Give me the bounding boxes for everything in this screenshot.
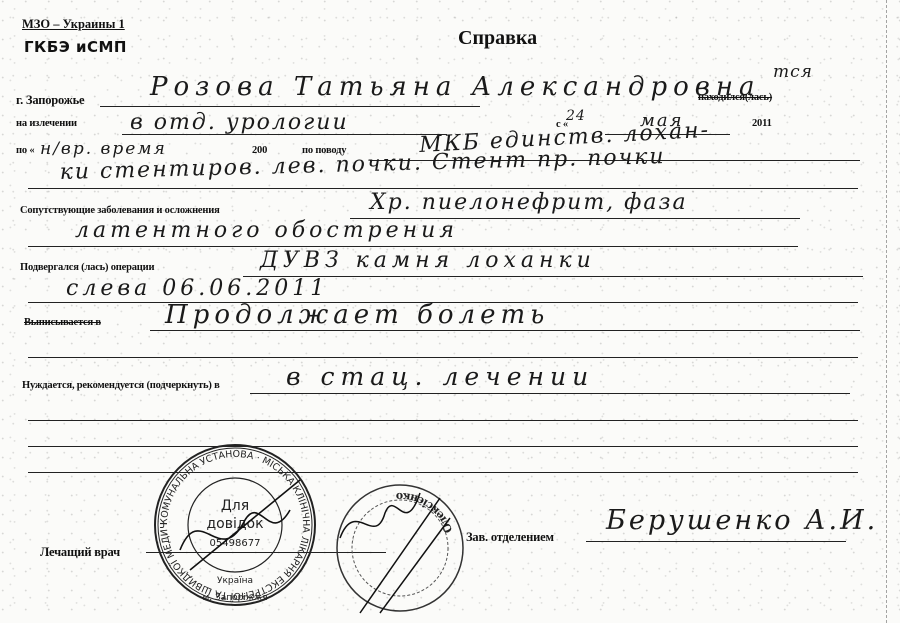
recommend-value: в стац. лечении xyxy=(286,362,594,391)
surgery-label: Подвергался (лась) операции xyxy=(20,262,154,273)
doctor-seal: Олексієнко xyxy=(330,478,470,618)
stay-correction: тся xyxy=(773,62,813,82)
to-prefix: по « xyxy=(16,145,34,156)
stay-label: находился(лась) xyxy=(698,92,772,103)
recommend-rule xyxy=(250,393,850,394)
doctor-label: Лечащий врач xyxy=(40,545,120,560)
seal-bottom-line2: м. Запоріжжя xyxy=(202,593,267,603)
surgery-line-1: ДУВЗ камня лоханки xyxy=(260,248,596,273)
comorbid-rule-2 xyxy=(28,246,798,247)
seal-bottom-line1: Україна xyxy=(217,576,253,586)
seal-center-line1: Для xyxy=(221,498,249,514)
head-label: Зав. отделением xyxy=(466,530,554,545)
blank-rule-1 xyxy=(28,357,858,358)
head-signature: Берушенко А.И. xyxy=(606,505,878,536)
comorbid-line-2: латентного обострения xyxy=(75,218,458,243)
institution-code: ГКБЭ иСМП xyxy=(24,38,127,56)
head-signature-rule xyxy=(586,541,846,542)
comorbid-line-1: Хр. пиелонефрит, фаза xyxy=(370,190,688,215)
ministry-header: МЗО – Украины 1 xyxy=(22,17,125,32)
discharge-value: Продолжает болеть xyxy=(165,300,549,330)
treatment-label: на излечении xyxy=(16,118,77,129)
patient-name: Розова Татьяна Александровна xyxy=(150,72,761,102)
document-title: Справка xyxy=(458,27,537,50)
page-edge xyxy=(886,0,888,623)
to-value: н/вр. время xyxy=(40,139,167,159)
institution-seal: КОМУНАЛЬНА УСТАНОВА · МІСЬКА КЛІНІЧНА ЛІ… xyxy=(150,440,320,610)
discharge-rule xyxy=(150,330,860,331)
from-day: 24 xyxy=(566,108,586,124)
recommend-label: Нуждается, рекомендуется (подчеркнуть) в xyxy=(22,380,220,391)
surgery-rule-1 xyxy=(243,276,863,277)
city-label: г. Запорожье xyxy=(16,93,84,108)
from-year: 2011 xyxy=(752,118,772,129)
reason-rule-2 xyxy=(28,188,858,189)
blank-rule-2 xyxy=(28,420,858,421)
department: в отд. урологии xyxy=(130,110,349,135)
discharge-label: Выписывается в xyxy=(24,317,101,328)
comorbid-label: Сопутствующие заболевания и осложнения xyxy=(20,205,220,216)
name-rule xyxy=(100,106,480,107)
seal-center-line2: довідок xyxy=(206,516,263,532)
surgery-line-2: слева 06.06.2011 xyxy=(66,276,328,301)
medical-certificate: МЗО – Украины 1 ГКБЭ иСМП Справка г. Зап… xyxy=(0,0,900,623)
